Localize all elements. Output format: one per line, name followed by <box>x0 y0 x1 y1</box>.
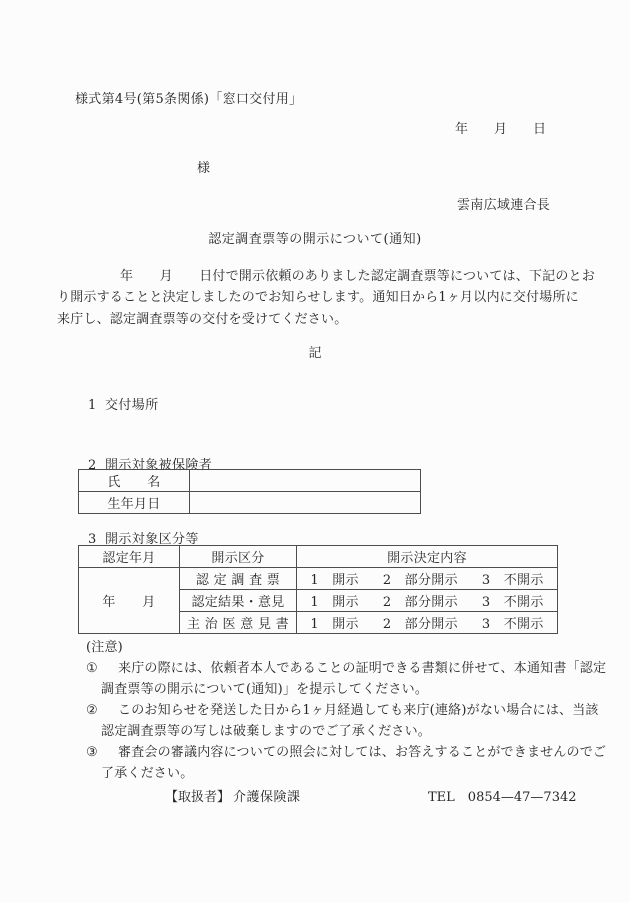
table-row: 生年月日 <box>79 492 421 514</box>
document-title: 認定調査票等の開示について(通知) <box>0 228 630 247</box>
handler-label: 【取扱者】 <box>165 786 230 805</box>
addressee-suffix: 様 <box>197 157 210 176</box>
option-disclose: 1 開示 <box>310 591 358 610</box>
body-line: 年 月 日付で開示依頼のありました認定調査票等については、下記のとお <box>57 266 587 287</box>
note-item-3-line-1: ③審査会の審議内容についての照会に対しては、お答えすることができませんのでご <box>86 742 591 763</box>
insured-birthdate-label: 生年月日 <box>79 492 190 514</box>
insured-name-label: 氏 名 <box>79 470 190 492</box>
col-header-decision: 開示決定内容 <box>297 546 558 568</box>
disclosure-category-table: 認定年月 開示区分 開示決定内容 年 月 認 定 調 査 票 1 開示 2 部分… <box>78 545 558 634</box>
category-cell: 認 定 調 査 票 <box>180 568 297 590</box>
option-no-disclose: 3 不開示 <box>482 613 544 632</box>
section-1-heading: 1交付場所 <box>88 394 159 413</box>
option-no-disclose: 3 不開示 <box>482 591 544 610</box>
note-2-number: ② <box>86 700 118 721</box>
note-item-1-line-1: ①来庁の際には、依頼者本人であることの証明できる書類に併せて、本通知書「認定 <box>86 658 591 679</box>
option-disclose: 1 開示 <box>310 569 358 588</box>
note-3-number: ③ <box>86 742 118 763</box>
category-cell: 認定結果・意見 <box>180 590 297 612</box>
certification-year-month-cell: 年 月 <box>79 568 180 634</box>
col-header-certification-date: 認定年月 <box>79 546 180 568</box>
insured-birthdate-value <box>190 492 421 514</box>
col-header-category: 開示区分 <box>180 546 297 568</box>
note-item-1-line-2: 調査票等の開示について(通知)」を提示してください。 <box>101 679 591 700</box>
note-item-2-line-1: ②このお知らせを発送した日から1ヶ月経過しても来庁(連絡)がない場合には、当該 <box>86 700 591 721</box>
document-page: 様式第4号(第5条関係)「窓口交付用」 年 月 日 様 雲南広域連合長 認定調査… <box>0 0 630 903</box>
body-paragraph: 年 月 日付で開示依頼のありました認定調査票等については、下記のとお り開示する… <box>57 266 587 330</box>
notes-block: (注意) ①来庁の際には、依頼者本人であることの証明できる書類に併せて、本通知書… <box>86 637 591 784</box>
table-row: 年 月 認 定 調 査 票 1 開示 2 部分開示 3 不開示 <box>79 568 558 590</box>
sender-name: 雲南広域連合長 <box>457 194 550 213</box>
handler-department: 介護保険課 <box>233 786 301 805</box>
insured-name-value <box>190 470 421 492</box>
decision-options-cell: 1 開示 2 部分開示 3 不開示 <box>297 612 558 634</box>
section-1-number: 1 <box>88 398 105 413</box>
option-no-disclose: 3 不開示 <box>482 569 544 588</box>
note-1-number: ① <box>86 658 118 679</box>
body-line: 来庁し、認定調査票等の交付を受けてください。 <box>57 309 587 330</box>
note-item-3-line-2: 了承ください。 <box>101 763 591 784</box>
table-header-row: 認定年月 開示区分 開示決定内容 <box>79 546 558 568</box>
option-partial-disclose: 2 部分開示 <box>383 613 458 632</box>
form-number: 様式第4号(第5条関係)「窓口交付用」 <box>75 88 302 107</box>
option-partial-disclose: 2 部分開示 <box>383 591 458 610</box>
insured-person-table: 氏 名 生年月日 <box>78 469 421 514</box>
handler-telephone: TEL 0854—47—7342 <box>428 786 577 805</box>
option-partial-disclose: 2 部分開示 <box>383 569 458 588</box>
table-row: 氏 名 <box>79 470 421 492</box>
note-item-2-line-2: 認定調査票等の写しは破棄しますのでご了承ください。 <box>101 721 591 742</box>
ki-marker: 記 <box>0 342 630 361</box>
note-3-text: 審査会の審議内容についての照会に対しては、お答えすることができませんのでご <box>118 745 606 760</box>
body-line: り開示することと決定しましたのでお知らせします。通知日から1ヶ月以内に交付場所に <box>57 287 587 308</box>
note-1-text: 来庁の際には、依頼者本人であることの証明できる書類に併せて、本通知書「認定 <box>118 661 606 676</box>
category-cell: 主 治 医 意 見 書 <box>180 612 297 634</box>
date-line: 年 月 日 <box>455 118 546 137</box>
note-2-text: このお知らせを発送した日から1ヶ月経過しても来庁(連絡)がない場合には、当該 <box>118 703 599 718</box>
notes-heading: (注意) <box>86 637 591 658</box>
option-disclose: 1 開示 <box>310 613 358 632</box>
section-1-label: 交付場所 <box>105 398 159 413</box>
decision-options-cell: 1 開示 2 部分開示 3 不開示 <box>297 590 558 612</box>
decision-options-cell: 1 開示 2 部分開示 3 不開示 <box>297 568 558 590</box>
